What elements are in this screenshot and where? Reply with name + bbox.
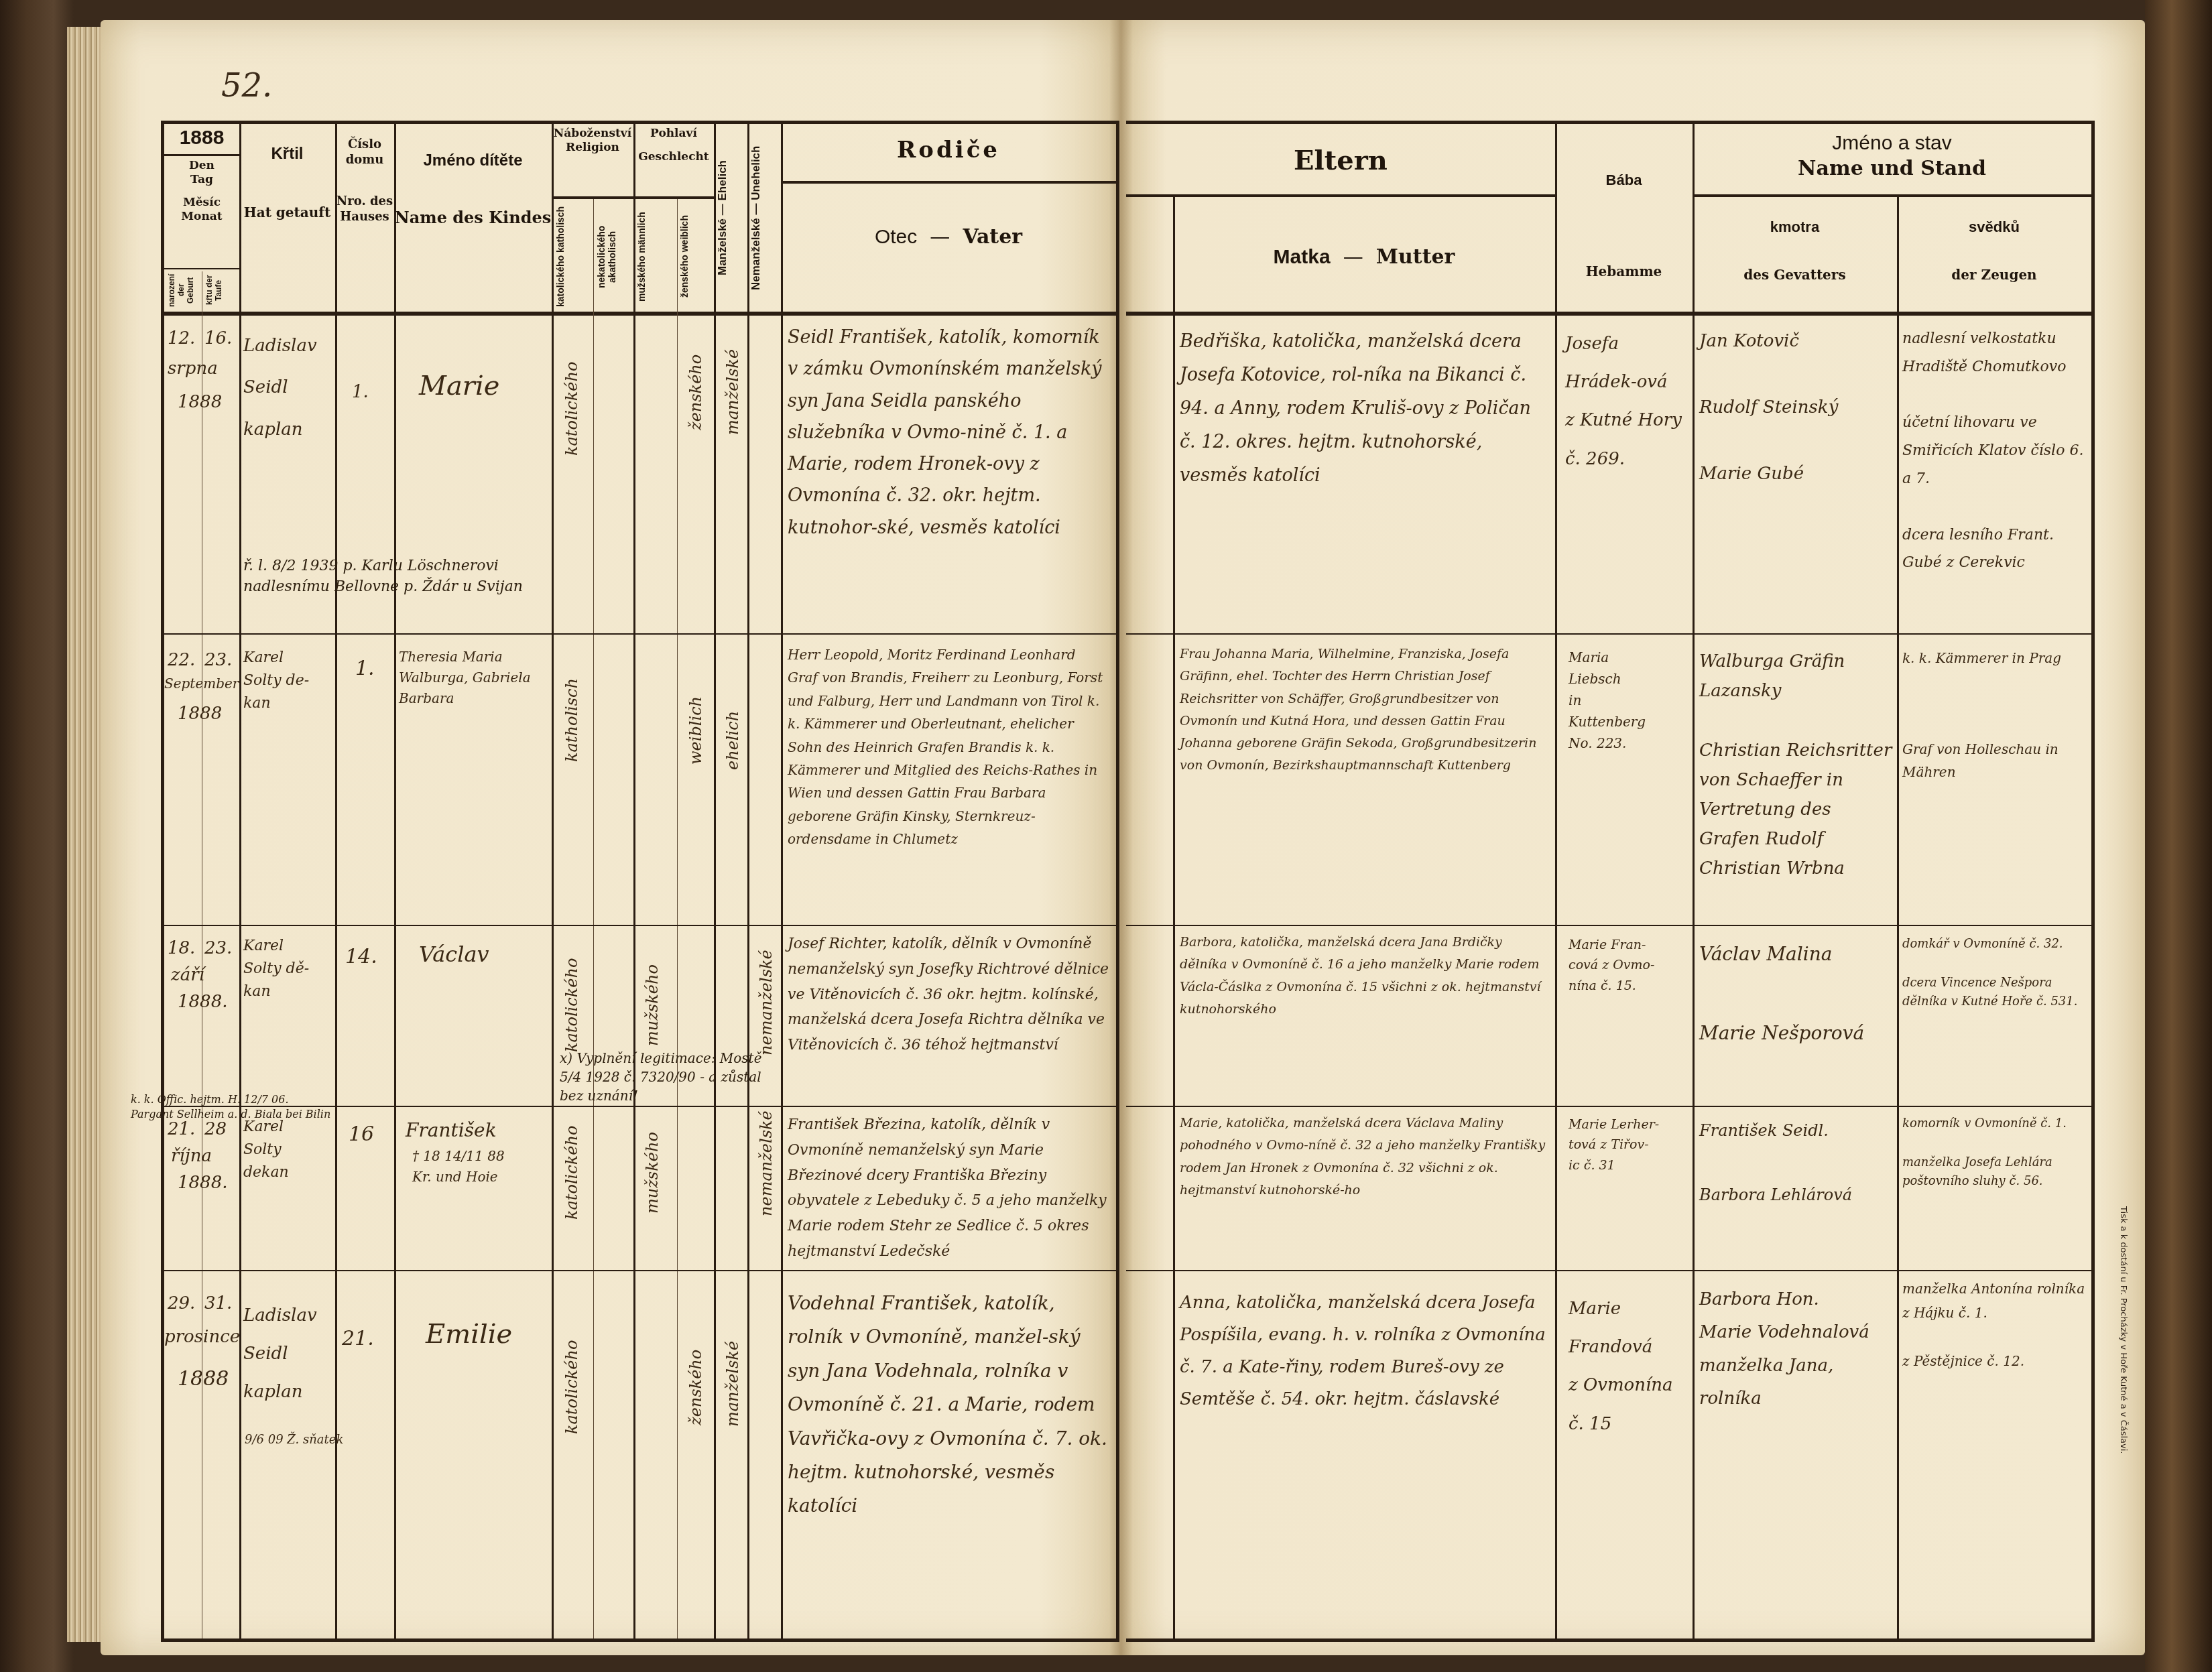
header-baptized-by: Křtil Hat getauft (239, 144, 335, 221)
entry-2-religion: katholisch (560, 673, 585, 767)
entry-4-child-death-note: † 18 14/11 88 Kr. und Hoie (412, 1146, 505, 1187)
register-table-right: Eltern Matka — Mutter Bába Hebamme Jméno… (1126, 121, 2095, 1642)
entry-5-father: Vodehnal František, katolík, rolník v Ov… (788, 1287, 1109, 1523)
entry-1-legitimacy: manželské (721, 318, 745, 466)
entry-5-witnesses: manželka Antonína rolníka z Hájku č. 1. … (1902, 1277, 2090, 1373)
entry-1-margin-note: ř. l. 8/2 1939 p. Karlu Löschnerovi nadl… (243, 556, 780, 598)
header-year: 1888 (164, 125, 239, 151)
header-child-name: Jméno dítěte Name des Kindes (394, 151, 552, 228)
entry-3-house-number: 14. (345, 942, 377, 973)
entry-1-witnesses: nadlesní velkostatku Hradiště Chomutkovo… (1902, 325, 2090, 577)
entry-1-birth-day: 12. (168, 325, 195, 352)
entry-3-baptized-by: Karel Solty dě- kan (243, 935, 309, 1003)
entry-1-godparents: Jan Kotovič Rudolf Steinský Marie Gubé (1699, 325, 1894, 491)
entry-3-child-name: Václav (419, 938, 489, 972)
header-father: Otec — Vater (781, 224, 1116, 250)
entry-4-religion: katolického (560, 1122, 585, 1223)
entry-2-witnesses: k. k. Kämmerer in Prag Graf von Hollesch… (1902, 647, 2090, 783)
header-illegitimate: Nemanželské — Unehelich (749, 131, 779, 305)
entry-3-left-margin-note: k. k. Offic. hejtm. H. 12/7 06. Pargant … (131, 1092, 399, 1122)
entry-5-godparents: Barbora Hon. Marie Vodehnalová manželka … (1699, 1283, 1897, 1416)
entry-4-godparents: František Seidl. Barbora Lehlárová (1699, 1114, 1897, 1211)
entry-2-midwife: Maria Liebsch in Kuttenberg No. 223. (1569, 647, 1689, 754)
entry-4-witnesses: komorník v Ovmoníně č. 1. manželka Josef… (1902, 1114, 2090, 1192)
header-religion: NáboženstvíReligion (552, 127, 633, 155)
entry-3-birth-day: 18. (168, 935, 195, 962)
entry-2-baptism-day: 23. (204, 647, 232, 673)
entry-4-house-number: 16 (349, 1119, 374, 1151)
entry-1-house-number: 1. (352, 379, 369, 405)
header-witnesses: svědků der Zeugen (1897, 218, 2091, 283)
entry-2-house-number: 1. (355, 653, 375, 685)
header-mother: Matka — Mutter (1173, 245, 1555, 270)
entry-1-mother: Bedřiška, katolička, manželská dcera Jos… (1180, 325, 1548, 493)
entry-5-year: 1888 (178, 1364, 229, 1395)
entry-4-month: října (171, 1143, 212, 1169)
entry-3-godparents: Václav Malina Marie Nešporová (1699, 935, 1897, 1053)
entry-4-year: 1888. (178, 1169, 227, 1196)
entry-3-legitimacy: nemanželské (754, 955, 779, 1055)
entry-5-sex: ženského (684, 1324, 709, 1451)
entry-5-birth-day: 29. (168, 1290, 195, 1317)
entry-4-child-name: František (406, 1116, 497, 1145)
printer-imprint: Tisk a k dostání u Fr. Procházky v Hoře … (2118, 1206, 2128, 1454)
header-day: DenTag MěsícMonat (164, 159, 239, 224)
entry-2-sex: weiblich (684, 687, 709, 774)
entry-5-religion: katolického (560, 1310, 585, 1464)
entry-3-religion: katolického (560, 955, 585, 1055)
entry-3-mother: Barbora, katolička, manželská dcera Jana… (1180, 931, 1548, 1021)
entry-3-midwife: Marie Fran- cová z Ovmo- nína č. 15. (1569, 935, 1689, 996)
entry-1-religion: katolického (560, 332, 585, 486)
entry-2-legitimacy: ehelich (721, 700, 745, 781)
entry-4-legitimacy: nemanželské (754, 1129, 779, 1216)
entry-5-baptism-day: 31. (204, 1290, 232, 1317)
header-non-catholic: nekatolického akatholisch (596, 203, 632, 310)
header-catholic: katolického katholisch (555, 203, 591, 310)
header-male: mužského männlich (636, 203, 675, 310)
entry-2-father: Herr Leopold, Moritz Ferdinand Leonhard … (788, 643, 1109, 851)
entry-1-midwife: Josefa Hrádek-ová z Kutné Hory č. 269. (1565, 325, 1686, 478)
header-baptism: křtu der Taufe (204, 271, 237, 309)
header-house-number: Číslo domu Nro. des Hauses (335, 137, 394, 224)
entry-5-baptized-by: Ladislav Seidl kaplan (243, 1297, 317, 1412)
entry-5-margin-note: 9/6 09 Ž. sňatek (245, 1431, 343, 1450)
entry-4-baptized-by: Karel Solty dekan (243, 1116, 289, 1184)
entry-1-month: srpna (168, 355, 218, 382)
entry-3-witnesses: domkář v Ovmoníně č. 32. dcera Vincence … (1902, 935, 2090, 1012)
header-midwife: Bába Hebamme (1555, 171, 1693, 280)
entry-4-midwife: Marie Lerher- tová z Tiřov- ic č. 31 (1569, 1114, 1689, 1175)
entry-4-father: František Březina, katolík, dělník v Ovm… (788, 1112, 1109, 1265)
header-godparents: kmotra des Gevatters (1693, 218, 1897, 283)
entry-5-child-name: Emilie (426, 1313, 512, 1355)
entry-4-sex: mužského (640, 1129, 665, 1216)
entry-5-midwife: Marie Frandová z Ovmonína č. 15 (1569, 1290, 1689, 1443)
header-legitimate: Manželské — Ehelich (716, 131, 745, 305)
entry-5-house-number: 21. (342, 1324, 374, 1355)
header-female: ženského weiblich (679, 203, 713, 310)
header-parents-de: Eltern (1126, 144, 1555, 178)
entry-1-baptism-day: 16. (204, 325, 232, 352)
entry-1-child-name: Marie (419, 365, 499, 407)
entry-3-baptism-day: 23. (204, 935, 232, 962)
entry-3-month: září (171, 962, 204, 988)
entry-4-mother: Marie, katolička, manželská dcera Václav… (1180, 1112, 1548, 1202)
entry-5-legitimacy: manželské (721, 1317, 745, 1451)
entry-1-baptized-by: Ladislav Seidl kaplan (243, 325, 317, 450)
entry-3-legitimation-note: x) Vyplnění legitimace: Mostě 5/4 1928 č… (560, 1049, 781, 1105)
entry-2-year: 1888 (178, 700, 222, 727)
entry-2-month: September (164, 673, 239, 694)
header-sex: PohlavíGeschlecht (633, 127, 714, 165)
entry-3-year: 1888. (178, 988, 227, 1015)
header-birth: narození der Geburt (167, 271, 199, 309)
entry-5-mother: Anna, katolička, manželská dcera Josefa … (1180, 1287, 1548, 1415)
entry-2-godparents: Walburga Gräfin Lazansky Christian Reich… (1699, 647, 1897, 884)
entry-2-birth-day: 22. (168, 647, 195, 673)
entry-2-mother: Frau Johanna Maria, Wilhelmine, Franzisk… (1180, 643, 1548, 777)
entry-3-father: Josef Richter, katolík, dělník v Ovmonín… (788, 931, 1109, 1058)
page-number: 52. (221, 67, 272, 105)
header-name-and-status: Jméno a stav Name und Stand (1693, 131, 2091, 181)
entry-1-year: 1888 (178, 389, 222, 415)
entry-5-month: prosince (164, 1324, 240, 1350)
entry-1-sex: ženského (684, 325, 709, 459)
register-table-left: 1888 DenTag MěsícMonat narození der Gebu… (161, 121, 1119, 1642)
entry-3-sex: mužského (640, 962, 665, 1049)
entry-1-father: Seidl František, katolík, komorník v zám… (788, 322, 1109, 543)
entry-2-baptized-by: Karel Solty de- kan (243, 647, 309, 715)
entry-2-child-name: Theresia Maria Walburga, Gabriela Barbar… (399, 647, 550, 709)
header-parents: Rodiče (781, 136, 1116, 165)
book-cover-edge (2145, 0, 2212, 1672)
